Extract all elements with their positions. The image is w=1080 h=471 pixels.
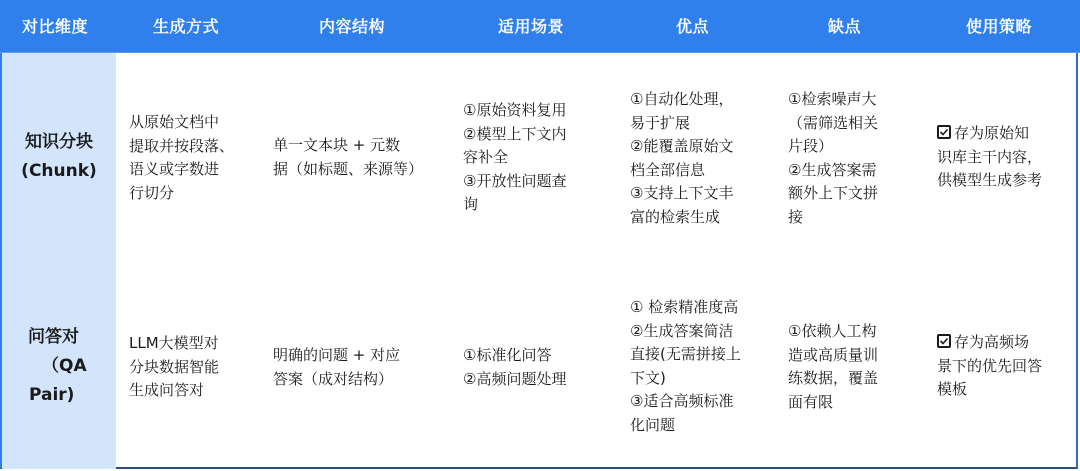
cell-qa-strategy: 存为高频场 景下的优先回答 模板 [937, 331, 1042, 402]
row-label-line: 知识分块 [2, 128, 116, 157]
text-line: 明确的问题 + 对应 [273, 344, 400, 368]
text-line: ①自动化处理， [630, 88, 733, 112]
text-line: （需筛选相关 [788, 112, 878, 136]
text-line: ①依赖人工构 [788, 320, 878, 344]
text-line: 据（如标题、来源等） [273, 158, 423, 182]
text-line: 面有限 [788, 391, 878, 415]
text-line: 答案（成对结构） [273, 368, 400, 392]
text-line: ②模型上下文内 [463, 123, 566, 147]
text-line: 练数据，覆盖 [788, 367, 878, 391]
text-line: 景下的优先回答 [937, 355, 1042, 379]
cell-chunk-structure: 单一文本块 + 元数 据（如标题、来源等） [273, 134, 423, 181]
cell-chunk-cons: ①检索噪声大 （需筛选相关 片段） ②生成答案需 额外上下文拼 接 [788, 88, 878, 229]
header-pros: 优点 [676, 0, 709, 52]
header-scenarios: 适用场景 [498, 0, 564, 52]
cell-qa-cons: ①依赖人工构 造或高质量训 练数据，覆盖 面有限 [788, 320, 878, 414]
cell-qa-generation: LLM大模型对 分块数据智能 生成问答对 [129, 332, 219, 403]
cell-qa-scenarios: ①标准化问答 ②高频问题处理 [463, 344, 566, 391]
text-line: 造或高质量训 [788, 344, 878, 368]
text-line: 片段） [788, 135, 878, 159]
text-line: 下文) [630, 367, 741, 391]
checkbox-checked-icon [937, 334, 951, 348]
text-line: 询 [463, 193, 566, 217]
text-line: 分块数据智能 [129, 356, 219, 380]
header-structure: 内容结构 [319, 0, 385, 52]
text-line: 供模型生成参考 [937, 169, 1042, 193]
text-line: ③适合高频标准 [630, 390, 741, 414]
cell-qa-pros: ① 检索精准度高 ②生成答案简洁 直接(无需拼接上 下文) ③适合高频标准 化问… [630, 296, 741, 437]
text-line: 语义或字数进 [129, 158, 234, 182]
header-strategy: 使用策略 [966, 0, 1032, 52]
text-line: 提取并按段落、 [129, 135, 234, 159]
text-line: ③支持上下文丰 [630, 182, 733, 206]
text-fragment: 存为原始知 [954, 124, 1029, 142]
text-line: ③开放性问题查 [463, 170, 566, 194]
cell-chunk-pros: ①自动化处理， 易于扩展 ②能覆盖原始文 档全部信息 ③支持上下文丰 富的检索生… [630, 88, 733, 229]
text-line: 存为高频场 [937, 331, 1042, 355]
cell-chunk-generation: 从原始文档中 提取并按段落、 语义或字数进 行切分 [129, 111, 234, 205]
text-line: 行切分 [129, 182, 234, 206]
header-generation: 生成方式 [153, 0, 219, 52]
text-line: ②生成答案简洁 [630, 320, 741, 344]
row-label-line: Pair) [10, 381, 110, 410]
text-line: 额外上下文拼 [788, 182, 878, 206]
text-line: 生成问答对 [129, 379, 219, 403]
text-line: ①原始资料复用 [463, 99, 566, 123]
text-line: 单一文本块 + 元数 [273, 134, 423, 158]
cell-chunk-scenarios: ①原始资料复用 ②模型上下文内 容补全 ③开放性问题查 询 [463, 99, 566, 217]
text-fragment: 存为高频场 [954, 333, 1029, 351]
row-label-line: (Chunk) [2, 157, 116, 186]
text-line: ①标准化问答 [463, 344, 566, 368]
cell-chunk-strategy: 存为原始知 识库主干内容， 供模型生成参考 [937, 122, 1042, 193]
text-line: 化问题 [630, 414, 741, 438]
row-label-qa-pair: 问答对 （QA Pair) [10, 323, 110, 410]
header-dimension: 对比维度 [22, 0, 88, 52]
text-line: ②生成答案需 [788, 159, 878, 183]
row-label-chunk: 知识分块 (Chunk) [2, 128, 116, 186]
row-label-line: （QA [10, 352, 110, 381]
cell-qa-structure: 明确的问题 + 对应 答案（成对结构） [273, 344, 400, 391]
text-line: 存为原始知 [937, 122, 1042, 146]
text-line: 接 [788, 206, 878, 230]
text-line: 识库主干内容， [937, 146, 1042, 170]
text-line: 档全部信息 [630, 159, 733, 183]
text-line: 模板 [937, 378, 1042, 402]
table-header: 对比维度 生成方式 内容结构 适用场景 优点 缺点 使用策略 [0, 0, 1080, 53]
header-cons: 缺点 [828, 0, 861, 52]
row-label-line: 问答对 [10, 323, 110, 352]
text-line: ②高频问题处理 [463, 368, 566, 392]
text-line: LLM大模型对 [129, 332, 219, 356]
text-line: 容补全 [463, 146, 566, 170]
text-line: ① 检索精准度高 [630, 296, 741, 320]
text-line: ①检索噪声大 [788, 88, 878, 112]
checkbox-checked-icon [937, 125, 951, 139]
text-line: 富的检索生成 [630, 206, 733, 230]
text-line: ②能覆盖原始文 [630, 135, 733, 159]
text-line: 直接(无需拼接上 [630, 343, 741, 367]
text-line: 易于扩展 [630, 112, 733, 136]
text-line: 从原始文档中 [129, 111, 234, 135]
